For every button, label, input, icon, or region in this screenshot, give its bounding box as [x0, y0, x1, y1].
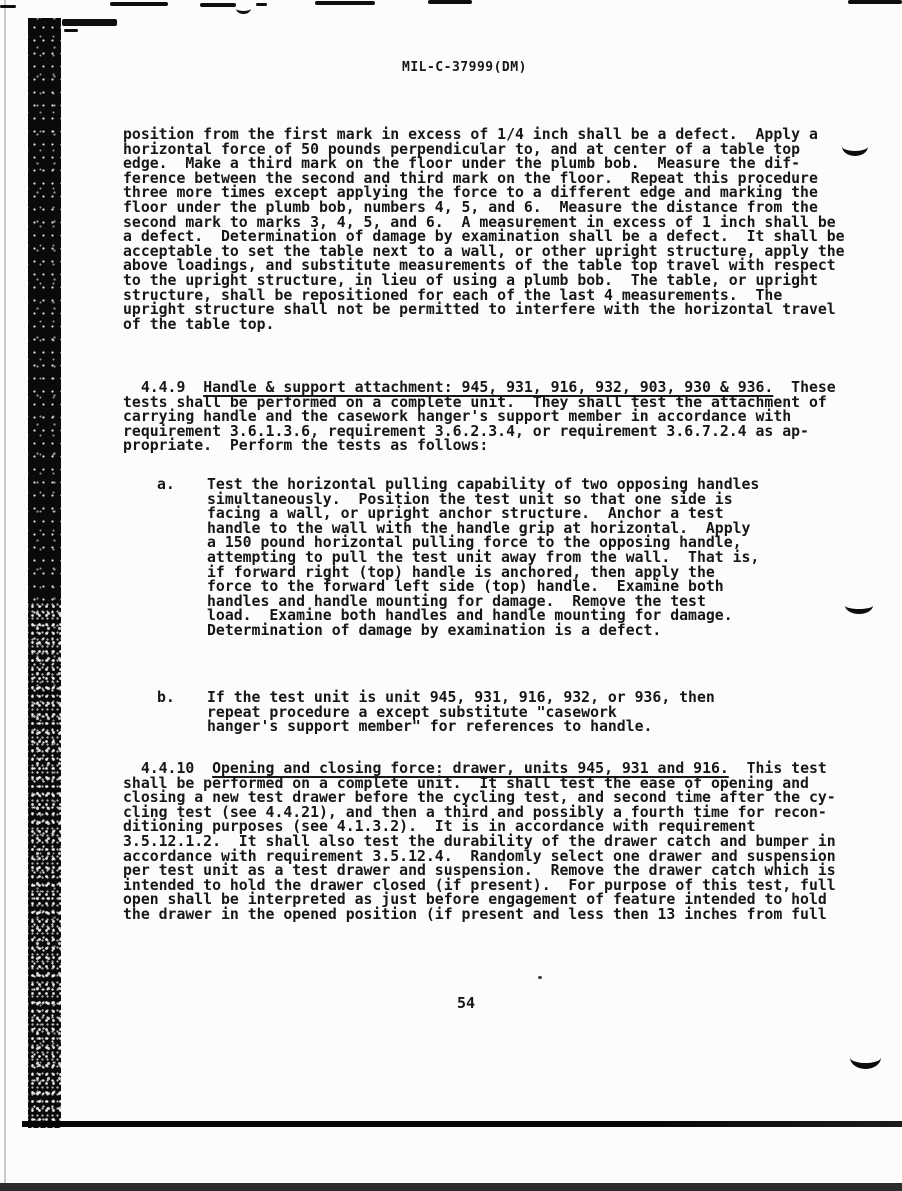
- scan-mark-bar-top-1: [62, 19, 117, 26]
- scan-mark-top-6: [428, 0, 472, 4]
- scan-artifact-crescent-2: [845, 597, 873, 614]
- list-item-b-marker: b.: [157, 691, 207, 706]
- scanned-document-page: MIL-C-37999(DM) position from the first …: [0, 0, 902, 1191]
- ink-dot: [538, 976, 542, 979]
- spec-header: MIL-C-37999(DM): [402, 60, 527, 75]
- scan-mark-top-5: [315, 1, 375, 5]
- page-edge-line: [4, 0, 6, 1191]
- scan-mark-top-7: [848, 0, 902, 4]
- list-item-a-marker: a.: [157, 478, 207, 493]
- page-number: 54: [457, 994, 475, 1012]
- bottom-scan-line: [22, 1121, 902, 1127]
- list-item-a: a. Test the horizontal pulling capabilit…: [157, 478, 817, 639]
- scan-mark-top-1: [0, 5, 16, 8]
- section-4-4-10-body: This test shall be performed on a comple…: [123, 760, 836, 923]
- scan-mark-bar-top-2: [64, 29, 78, 32]
- list-item-b-text: If the test unit is unit 945, 931, 916, …: [207, 691, 715, 735]
- scan-mark-top-dip: [236, 3, 251, 14]
- binding-bar-noise: [28, 600, 61, 1128]
- bottom-edge-strip: [0, 1183, 902, 1191]
- scan-mark-top-3: [200, 3, 236, 7]
- section-4-4-10: 4.4.10 Opening and closing force: drawer…: [123, 762, 868, 923]
- list-item-b: b. If the test unit is unit 945, 931, 91…: [157, 691, 817, 735]
- body-paragraph-1: position from the first mark in excess o…: [123, 128, 863, 332]
- section-4-4-9: 4.4.9 Handle & support attachment: 945, …: [123, 381, 868, 454]
- list-item-a-text: Test the horizontal pulling capability o…: [207, 478, 759, 639]
- scan-artifact-crescent-3: [850, 1046, 881, 1069]
- scan-mark-top-2: [110, 2, 168, 6]
- scan-mark-top-4: [256, 3, 267, 6]
